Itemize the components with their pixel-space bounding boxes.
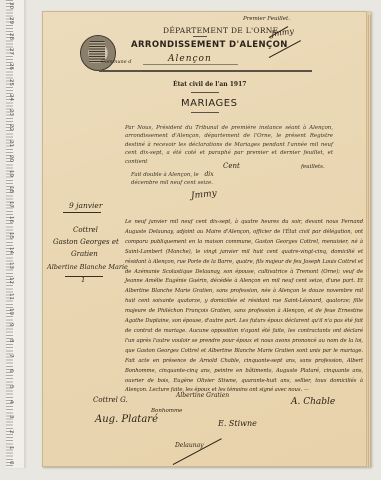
ruler-number: 21 (8, 140, 14, 147)
margin-underline (63, 212, 101, 213)
ruler-number: 18 (8, 186, 14, 193)
header-rule (99, 70, 312, 72)
ruler-number: 13 (8, 262, 14, 269)
ruler-number: 20 (8, 155, 14, 162)
feuillets-count: Cent (223, 162, 240, 170)
ruler-number: 22 (8, 124, 14, 131)
ruler-number: 26 (8, 63, 14, 70)
margin-name-3: Gratien (71, 250, 98, 258)
ruler-number: 23 (8, 109, 14, 116)
premier-feuillet-label: Premier Feuillet. (243, 16, 290, 22)
measuring-ruler: 3029282726252423222120191817161514131211… (6, 0, 25, 468)
fait-line: Fait double à Alençon, le dix décembre m… (131, 171, 331, 188)
signature-witness-bonhomme: Bonhomme (151, 408, 182, 414)
signature-bride: Albertine Gratien (176, 392, 229, 399)
preamble-body: Par Nous, Président du Tribunal de premi… (125, 125, 333, 165)
act-number: 1 (81, 276, 85, 284)
etat-civil-year: État civil de l'an 1917 (173, 81, 246, 88)
signature-witness-chable: A. Chable (291, 397, 335, 407)
ruler-number: 8 (8, 339, 14, 343)
ruler-number: 27 (8, 48, 14, 55)
ruler-number: 16 (8, 216, 14, 223)
preamble-text: Par Nous, Président du Tribunal de premi… (125, 124, 333, 166)
divider (191, 112, 219, 113)
departement-title: DÉPARTEMENT DE L'ORNE (163, 26, 278, 35)
ruler-number: 2 (8, 430, 14, 434)
ruler-number: 10 (8, 308, 14, 315)
signature-witness-platare: Aug. Plataré (95, 414, 158, 425)
ruler-number: 24 (8, 94, 14, 101)
ruler-number: 6 (8, 369, 14, 373)
arrondissement-title: ARRONDISSEMENT D'ALENÇON (131, 40, 288, 50)
ruler-number: 19 (8, 170, 14, 177)
ruler-number: 29 (8, 17, 14, 24)
ruler-number: 0 (8, 461, 14, 465)
ruler-number: 15 (8, 232, 14, 239)
margin-name-1: Cottrel (73, 226, 98, 234)
page-edges (368, 15, 371, 467)
commune-label: Commune d (101, 59, 132, 65)
ruler-number: 4 (8, 400, 14, 404)
fait-text: Fait double à Alençon, le (131, 172, 199, 178)
section-title: MARIAGES (181, 98, 237, 109)
ruler-number: 25 (8, 79, 14, 86)
ruler-number: 11 (8, 293, 14, 300)
divider (191, 92, 219, 93)
commune-underline (143, 64, 238, 65)
margin-name-4: Albertine Blanche Marie (47, 263, 128, 271)
feuillets-suffix: feuillets. (301, 164, 325, 170)
margin-name-2: Gaston Georges et (53, 238, 119, 246)
marriage-act-text: Le neuf janvier mil neuf cent dix-sept, … (125, 218, 363, 396)
ruler-number: 30 (8, 2, 14, 9)
ruler-number: 1 (8, 446, 14, 450)
ruler-number: 28 (8, 33, 14, 40)
ruler-number: 12 (8, 277, 14, 284)
ruler-number: 9 (8, 323, 14, 327)
ruler-number: 3 (8, 415, 14, 419)
register-page: Premier Feuillet. DÉPARTEMENT DE L'ORNE … (42, 11, 367, 467)
divider (193, 36, 207, 37)
ruler-number: 17 (8, 201, 14, 208)
signature-groom: Cottrel G. (93, 396, 128, 404)
fait-text-2: décembre mil neuf cent seize. (131, 180, 213, 186)
paraphe: Jmmy (191, 189, 218, 202)
fait-day: dix (204, 171, 213, 178)
margin-date: 9 janvier (69, 201, 102, 210)
signature-officer: Delaunay (175, 442, 204, 449)
ruler-number: 14 (8, 247, 14, 254)
ruler-number: 7 (8, 354, 14, 358)
signature-witness-stiwne: E. Stiwne (218, 419, 257, 428)
ruler-number: 5 (8, 385, 14, 389)
republique-seal-icon (80, 35, 116, 71)
commune-value: Alençon (168, 54, 212, 64)
